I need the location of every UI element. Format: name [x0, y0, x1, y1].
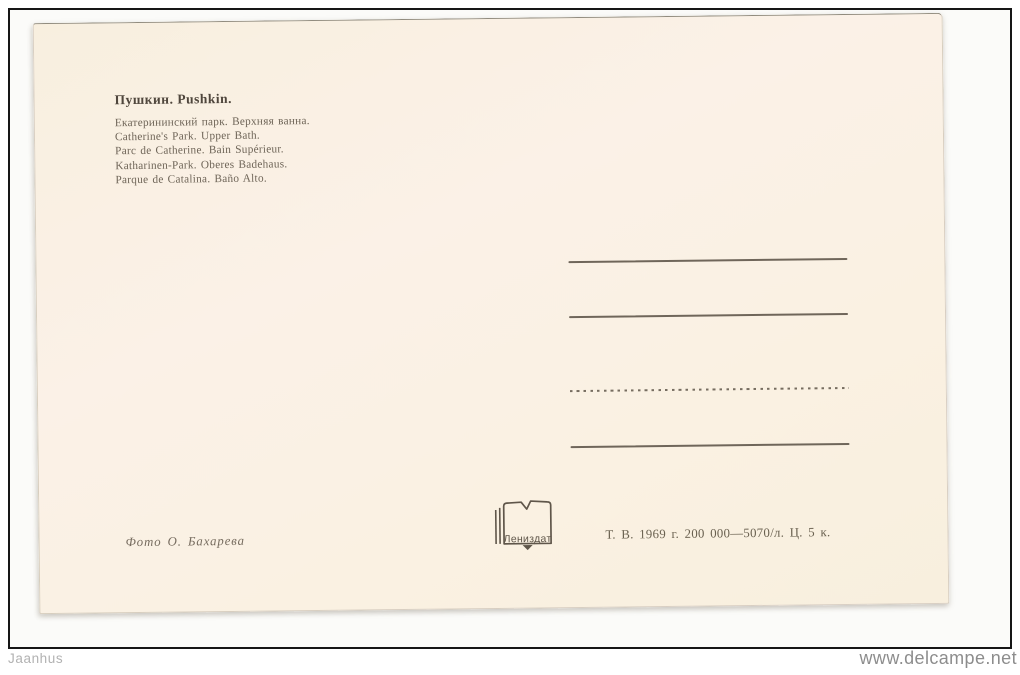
caption-line-german: Katharinen-Park. Oberes Badehaus.: [115, 157, 310, 173]
book-triangle-mark: [523, 545, 533, 550]
watermark-jaanhus: Jaanhus: [8, 651, 63, 666]
postcard-title: Пушкин. Pushkin.: [114, 90, 309, 108]
caption-block: Пушкин. Pushkin. Екатерининский парк. Ве…: [114, 90, 310, 187]
caption-list: Екатерининский парк. Верхняя ванна. Cath…: [115, 114, 311, 187]
address-lines: [34, 14, 942, 24]
address-line-4: [571, 443, 850, 448]
address-line-2: [569, 313, 848, 318]
publisher-logo: Лениздат: [490, 496, 557, 555]
watermark-delcampe: www.delcampe.net: [860, 648, 1017, 669]
scan-frame: Пушкин. Pushkin. Екатерининский парк. Ве…: [8, 8, 1012, 649]
caption-line-spanish: Parque de Catalina. Baño Alto.: [115, 171, 310, 187]
print-imprint: Т. В. 1969 г. 200 000—5070/л. Ц. 5 к.: [605, 525, 830, 543]
photo-credit: Фото О. Бахарева: [125, 534, 245, 550]
postcard-back: Пушкин. Pushkin. Екатерининский парк. Ве…: [33, 13, 950, 614]
address-line-3-dotted: [570, 387, 849, 392]
publisher-logo-label: Лениздат: [504, 533, 552, 546]
address-line-1: [568, 258, 847, 263]
open-book-icon: Лениздат: [490, 496, 557, 555]
caption-line-russian: Екатерининский парк. Верхняя ванна.: [115, 114, 310, 130]
